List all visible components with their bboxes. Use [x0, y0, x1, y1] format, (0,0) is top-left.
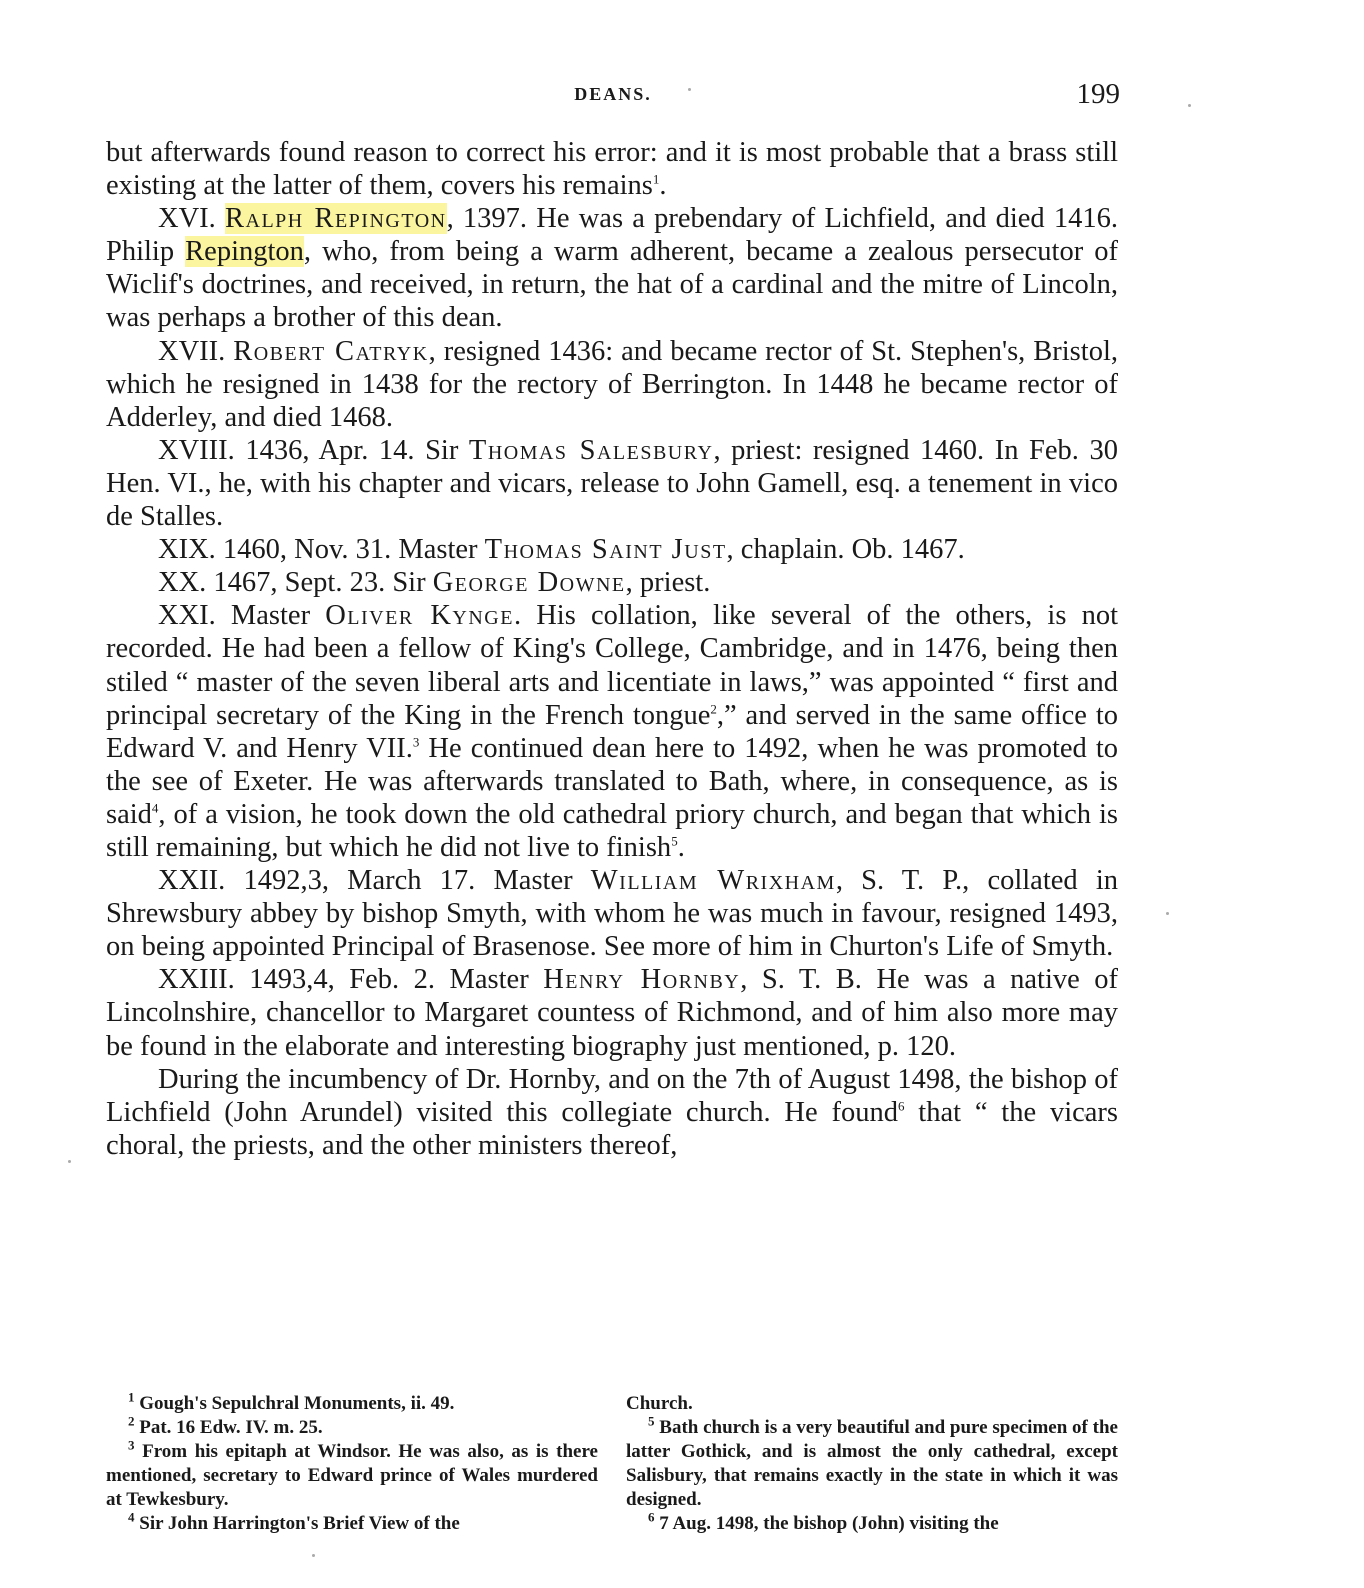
text-run: XIX. 1460, Nov. 31. Master: [158, 534, 485, 565]
text-run: XX. 1467, Sept. 23. Sir: [158, 567, 433, 598]
dean-name: Henry Hornby: [543, 964, 740, 995]
paragraph: XXI. Master Oliver Kynge. His collation,…: [106, 599, 1118, 864]
text-run: XXI. Master: [158, 600, 325, 631]
footnotes-left-column: 1 Gough's Sepulchral Monuments, ii. 49.2…: [106, 1392, 598, 1536]
footnotes: 1 Gough's Sepulchral Monuments, ii. 49.2…: [106, 1392, 1118, 1536]
scan-speck: [1166, 912, 1169, 915]
scan-speck: [688, 88, 691, 91]
chapter-title: DEANS.: [106, 84, 1120, 105]
running-head: DEANS. 199: [106, 78, 1120, 112]
paragraph: XVI. Ralph Repington, 1397. He was a pre…: [106, 202, 1118, 334]
paragraph: XX. 1467, Sept. 23. Sir George Downe, pr…: [106, 566, 1118, 599]
scan-speck: [68, 1160, 71, 1163]
dean-name: Thomas Saint Just: [485, 534, 727, 565]
footnote: 5 Bath church is a very beautiful and pu…: [626, 1416, 1118, 1512]
dean-name: William Wrixham: [591, 865, 836, 896]
paragraph: but afterwards found reason to correct h…: [106, 136, 1118, 202]
text-run: XVIII. 1436, Apr. 14. Sir: [158, 435, 469, 466]
paragraph: During the incumbency of Dr. Hornby, and…: [106, 1063, 1118, 1162]
footnote-text: From his epitaph at Windsor. He was also…: [106, 1441, 598, 1510]
scan-speck: [1188, 104, 1191, 107]
text-run: , chaplain. Ob. 1467.: [727, 534, 965, 565]
footnote: 2 Pat. 16 Edw. IV. m. 25.: [106, 1416, 598, 1440]
text-run: XVII.: [158, 336, 233, 367]
dean-name: Robert Catryk: [233, 336, 428, 367]
footnotes-right-column: Church.5 Bath church is a very beautiful…: [626, 1392, 1118, 1536]
text-run: but afterwards found reason to correct h…: [106, 137, 1118, 201]
scan-speck: [312, 1554, 315, 1557]
dean-name: Oliver Kynge: [325, 600, 514, 631]
footnote: 3 From his epitaph at Windsor. He was al…: [106, 1440, 598, 1512]
book-page: DEANS. 199 but afterwards found reason t…: [0, 0, 1364, 1588]
footnote-text: Pat. 16 Edw. IV. m. 25.: [135, 1417, 323, 1438]
footnote: Church.: [626, 1392, 1118, 1416]
text-run: , priest.: [626, 567, 711, 598]
text-run: XXII. 1492,3, March 17. Master: [158, 865, 591, 896]
paragraph: XVIII. 1436, Apr. 14. Sir Thomas Salesbu…: [106, 434, 1118, 533]
paragraph: XIX. 1460, Nov. 31. Master Thomas Saint …: [106, 533, 1118, 566]
text-run: , of a vision, he took down the old cath…: [106, 799, 1118, 863]
page-number: 199: [1077, 78, 1121, 111]
highlighted-text: Repington: [185, 236, 304, 267]
footnote-text: Sir John Harrington's Brief View of the: [135, 1513, 460, 1534]
paragraph: XVII. Robert Catryk, resigned 1436: and …: [106, 335, 1118, 434]
paragraph: XXII. 1492,3, March 17. Master William W…: [106, 864, 1118, 963]
footnote-text: Bath church is a very beautiful and pure…: [626, 1417, 1118, 1510]
scan-speck: [1084, 1114, 1087, 1117]
dean-name: George Downe: [433, 567, 626, 598]
text-run: .: [659, 170, 666, 201]
text-run: XVI.: [158, 203, 225, 234]
text-run: XXIII. 1493,4, Feb. 2. Master: [158, 964, 543, 995]
footnote-text: 7 Aug. 1498, the bishop (John) visiting …: [655, 1513, 999, 1534]
footnote: 1 Gough's Sepulchral Monuments, ii. 49.: [106, 1392, 598, 1416]
body-text: but afterwards found reason to correct h…: [106, 136, 1118, 1162]
paragraph: XXIII. 1493,4, Feb. 2. Master Henry Horn…: [106, 963, 1118, 1062]
dean-name: Thomas Salesbury: [469, 435, 714, 466]
highlighted-name: Ralph Repington: [225, 203, 447, 234]
footnote: 4 Sir John Harrington's Brief View of th…: [106, 1512, 598, 1536]
footnote-text: Church.: [626, 1393, 693, 1414]
footnote: 6 7 Aug. 1498, the bishop (John) visitin…: [626, 1512, 1118, 1536]
text-run: .: [678, 832, 685, 863]
footnote-text: Gough's Sepulchral Monuments, ii. 49.: [135, 1393, 455, 1414]
